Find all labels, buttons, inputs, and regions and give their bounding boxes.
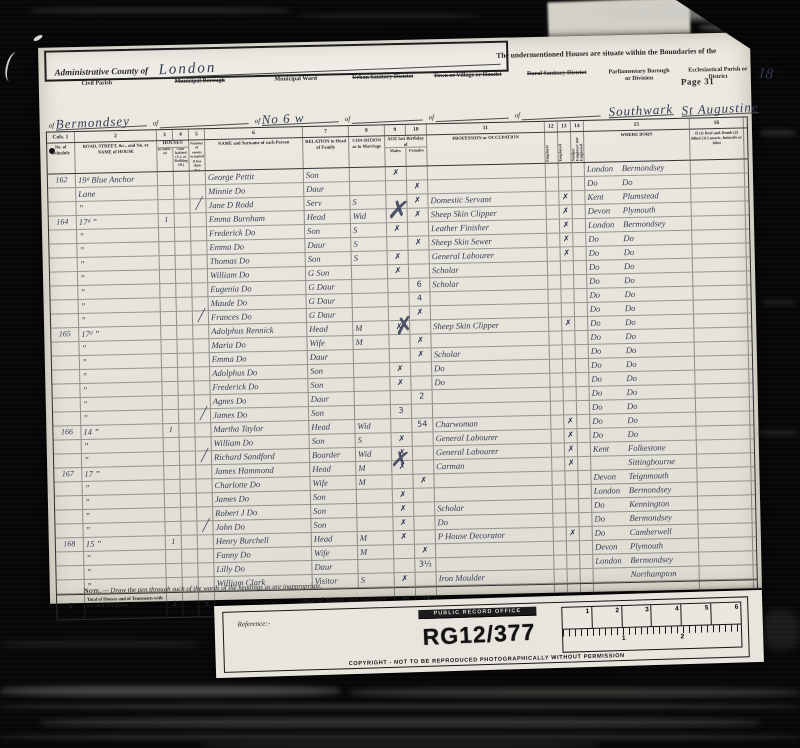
cell-age-male: ✗ <box>392 433 413 446</box>
cell-occupation <box>431 304 549 320</box>
cell-schedule: 166 <box>53 426 81 440</box>
cell-occupation <box>428 178 546 194</box>
cell-inhabited <box>158 172 174 185</box>
cell-inhabited <box>162 382 178 395</box>
cell-uninhabited <box>175 242 191 255</box>
cell-uninhabited <box>180 465 196 478</box>
cell-uninhabited <box>182 563 198 576</box>
cell-inhabited <box>161 326 177 339</box>
born-place: Kennington <box>629 498 669 509</box>
cell-employer-mark <box>547 205 560 218</box>
cell-name: Emma Do <box>210 351 308 366</box>
born-county <box>596 577 631 578</box>
cell-where-born: DoDo <box>588 329 694 344</box>
born-place: Do <box>626 345 637 355</box>
cell-schedule <box>54 440 82 454</box>
cell-employer-mark <box>547 219 560 232</box>
cell-condition <box>352 265 388 279</box>
cell-where-born: DoBermondsey <box>592 511 698 526</box>
cell-where-born: DoDo <box>590 385 696 400</box>
cell-neither-mark <box>579 499 592 512</box>
film-streak <box>0 640 200 648</box>
cell-employed-mark <box>562 331 575 344</box>
cell-employer-mark <box>548 275 561 288</box>
cell-condition <box>357 517 393 531</box>
district-value: St Augustine <box>681 101 759 117</box>
born-place: Do <box>625 303 636 313</box>
cell-where-born: DoDo <box>586 245 692 260</box>
header-neither: Neither Employer nor Employed <box>571 132 585 162</box>
cell-age-female: 3½ <box>415 558 436 571</box>
cell-employer-mark <box>548 261 561 274</box>
cell-age-male <box>394 559 415 572</box>
cell-uninhabited <box>175 214 191 227</box>
cell-uninhabited <box>178 354 194 367</box>
footnote-prefix: Note. <box>84 588 101 595</box>
cell-age-female <box>413 432 434 445</box>
header-uninhabited: Unin-habited (U.), or Building (B.) <box>173 148 188 171</box>
cell-where-born: DoDo <box>589 357 695 372</box>
cell-infirm <box>694 299 748 313</box>
cell-occupation: Sheep Skin Clipper <box>431 318 549 334</box>
born-county: Do <box>591 344 626 357</box>
cell-uninhabited <box>179 395 195 408</box>
cell-schedule <box>50 272 78 286</box>
clerk-cross-mark: ✗ <box>392 311 415 341</box>
cell-infirm <box>699 523 753 537</box>
cell-neither-mark <box>572 191 585 204</box>
born-county: Kent <box>587 190 622 203</box>
born-county: Do <box>588 232 623 245</box>
cell-uninhabited <box>181 507 197 520</box>
cell-age-female <box>415 530 436 543</box>
cell-relation: Son <box>308 378 354 392</box>
cell-employed-mark <box>567 541 580 554</box>
cell-condition: Wid <box>356 447 392 461</box>
cell-relation: Son <box>309 406 355 420</box>
film-streak <box>0 734 800 740</box>
cell-infirm <box>698 509 752 523</box>
cell-age-female <box>412 404 433 417</box>
cell-infirm <box>692 229 746 243</box>
cell-employed-mark <box>563 359 576 372</box>
district-label: Ecclesiastical Parish or District <box>678 66 757 82</box>
header-infirm: If (1) Deaf-and-Dumb (2) Blind (3) Lunat… <box>690 128 745 159</box>
born-county: Do <box>589 260 624 273</box>
film-streak <box>0 686 340 696</box>
district-label: Municipal Borough <box>152 77 248 86</box>
cell-neither-mark <box>574 275 587 288</box>
cell-age-female <box>414 488 435 501</box>
born-county: Devon <box>593 470 628 483</box>
cell-road: ” <box>83 494 165 509</box>
born-place: Do <box>623 233 634 243</box>
cell-occupation: Scholar <box>430 276 548 292</box>
cell-employer-mark <box>553 499 566 512</box>
cell-occupation <box>431 332 549 348</box>
film-streak <box>762 300 796 305</box>
cell-name: James Do <box>211 407 309 422</box>
cell-employed-mark <box>563 345 576 358</box>
cell-infirm <box>694 327 748 341</box>
cell-age-female <box>413 460 434 473</box>
cell-uninhabited <box>182 535 198 548</box>
cell-condition: M <box>358 531 394 545</box>
cell-neither-mark <box>575 317 588 330</box>
slip-border: Reference:- PUBLIC RECORD OFFICE RG12/37… <box>222 596 750 673</box>
district-cell: Town or Village or Hamlet of <box>425 70 512 122</box>
born-place: Do <box>626 373 637 383</box>
cell-road: ” <box>81 396 163 411</box>
cell-condition <box>350 181 386 195</box>
column-number: 3 <box>157 130 173 140</box>
header-name: NAME and Surname of each Person <box>205 138 304 170</box>
cell-inhabited <box>161 298 177 311</box>
cell-relation: G Daur <box>307 308 353 322</box>
born-place: Do <box>627 401 638 411</box>
cell-schedule <box>54 454 82 468</box>
copyright-line: COPYRIGHT - NOT TO BE REPRODUCED PHOTOGR… <box>225 649 749 671</box>
cell-inhabited <box>163 396 179 409</box>
born-county: Do <box>590 302 625 315</box>
cell-employed-mark <box>568 569 581 582</box>
cell-occupation: Charwoman <box>433 416 551 432</box>
district-cell: Municipal Borough of <box>149 75 252 127</box>
cell-age-female <box>414 516 435 529</box>
cell-neither-mark <box>576 373 589 386</box>
column-number: 14 <box>571 121 584 131</box>
cell-neither-mark <box>573 247 586 260</box>
cell-inhabited: 1 <box>159 214 175 227</box>
cell-condition: M <box>356 475 392 489</box>
cell-uninhabited <box>177 340 193 353</box>
cell-where-born: KentFolkestone <box>591 441 697 456</box>
cell-schedule <box>53 412 81 426</box>
cell-where-born: DoDo <box>588 301 694 316</box>
cell-condition: S <box>351 237 387 251</box>
cell-schedule: 165 <box>51 328 79 342</box>
born-place: Do <box>624 261 635 271</box>
district-cell: Municipal Ward of No 6 w <box>251 73 342 125</box>
cell-uninhabited <box>176 270 192 283</box>
cell-uninhabited <box>175 228 191 241</box>
film-streak <box>30 8 290 13</box>
header-occupation: PROFESSION or OCCUPATION <box>427 133 546 166</box>
film-streak <box>760 130 796 136</box>
column-number: 5 <box>189 129 205 139</box>
film-scratch-mark <box>3 51 24 83</box>
district-value: Southwark <box>608 103 673 118</box>
cell-employed-mark <box>561 289 574 302</box>
born-county: Do <box>588 246 623 259</box>
cell-employed-mark <box>567 555 580 568</box>
film-streak <box>0 704 800 709</box>
cell-age-female: 6 <box>409 278 430 291</box>
film-paper-edge <box>547 0 690 38</box>
header-condition: CON-DITION as to Marriage <box>349 136 386 167</box>
cell-employed-mark: ✗ <box>564 415 577 428</box>
cell-road: ” <box>79 312 161 327</box>
cell-uninhabited <box>174 186 190 199</box>
cell-employed-mark <box>563 373 576 386</box>
cell-where-born: DoDo <box>589 371 695 386</box>
cell-uninhabited <box>180 437 196 450</box>
header-age-title: AGE last Birthday of <box>385 135 426 147</box>
cell-employed-mark <box>561 275 574 288</box>
cell-name: Eugenia Do <box>208 281 306 296</box>
cell-age-male: ✗ <box>393 503 414 516</box>
cell-road: ” <box>78 256 160 271</box>
cell-road: ” <box>77 228 159 243</box>
cell-name: Maria Do <box>209 337 307 352</box>
cell-rooms-mark: / <box>203 519 209 534</box>
cell-where-born: LondonBermondsey <box>586 217 692 232</box>
clerk-cross-mark: ✗ <box>386 195 411 227</box>
total-houses: 5 <box>57 595 86 620</box>
header-inhabited: In-habit-ed <box>157 148 173 171</box>
cell-age-female: 2 <box>412 390 433 403</box>
public-record-office-stamp: PUBLIC RECORD OFFICE <box>418 607 536 619</box>
cell-age-female: 4 <box>409 292 430 305</box>
cell-name: James Hammond <box>212 463 310 478</box>
cell-age-male <box>390 349 411 362</box>
cell-employer-mark <box>550 359 563 372</box>
cell-name: Emma Do <box>207 239 305 254</box>
district-label: Rural Sanitary District <box>514 70 600 79</box>
cell-employer-mark <box>551 429 564 442</box>
cell-age-female <box>409 264 430 277</box>
cell-infirm <box>698 481 752 495</box>
cell-occupation: Do <box>435 514 553 530</box>
cell-employer-mark <box>553 513 566 526</box>
cell-infirm <box>695 355 749 369</box>
cell-occupation <box>436 542 554 558</box>
born-county: Devon <box>595 540 630 553</box>
cell-employer-mark <box>551 401 564 414</box>
cell-age-female: ✗ <box>411 348 432 361</box>
cell-condition <box>352 293 388 307</box>
cell-road: ” <box>83 508 165 523</box>
cell-condition <box>354 363 390 377</box>
district-value: Bermondsey <box>56 114 147 130</box>
cell-schedule <box>55 496 83 510</box>
cell-infirm <box>696 411 750 425</box>
born-place: Bermondsey <box>630 554 673 565</box>
cell-infirm <box>692 243 746 257</box>
column-number: 16 <box>690 117 744 128</box>
film-streak <box>350 688 800 697</box>
cell-where-born: DevonTeignmouth <box>591 469 697 484</box>
cell-age-female: ✗ <box>408 236 429 249</box>
cell-where-born: DoDo <box>585 175 691 190</box>
cell-relation: Daur <box>312 560 358 574</box>
cell-schedule: 162 <box>48 174 76 188</box>
cell-name: Martha Taylor <box>211 421 309 436</box>
cell-employer-mark <box>547 233 560 246</box>
cell-inhabited <box>164 452 180 465</box>
cell-where-born: DoKennington <box>592 497 698 512</box>
cell-employer-mark <box>551 415 564 428</box>
cell-employed-mark <box>566 513 579 526</box>
cell-neither-mark <box>572 163 585 176</box>
cell-employer-mark <box>546 177 559 190</box>
cell-uninhabited <box>178 382 194 395</box>
cell-inhabited <box>158 186 174 199</box>
born-place: Bermondsey <box>622 162 665 173</box>
cell-condition <box>355 391 391 405</box>
cell-inhabited <box>166 550 182 563</box>
column-number: 12 <box>545 122 558 132</box>
cell-uninhabited <box>178 368 194 381</box>
cell-age-female <box>407 166 428 179</box>
cell-neither-mark <box>574 289 587 302</box>
cell-road: ” <box>78 284 160 299</box>
cell-name: Richard Sandford <box>212 449 310 464</box>
cell-condition: S <box>352 251 388 265</box>
cell-age-male: ✗ <box>395 573 416 586</box>
cell-age-female <box>409 250 430 263</box>
district-entry-line: of Bermondsey <box>48 109 146 129</box>
cell-relation: Head <box>312 532 358 546</box>
cell-age-male <box>388 279 409 292</box>
ruler-number: 1 <box>562 607 592 629</box>
header-where-born: WHERE BORN <box>584 130 691 162</box>
born-place: Do <box>622 177 633 187</box>
cell-road: ” <box>82 452 164 467</box>
column-number: 13 <box>558 121 571 131</box>
film-streak <box>762 610 800 650</box>
district-entry-line: of <box>344 103 422 123</box>
cell-where-born: LondonBermondsey <box>585 161 691 176</box>
born-county: Do <box>589 288 624 301</box>
cell-age-female <box>416 572 437 585</box>
cell-age-female <box>411 362 432 375</box>
cell-road: ” <box>78 270 160 285</box>
district-of-prefix: of <box>255 117 261 125</box>
cell-rooms-mark: / <box>198 309 204 324</box>
cell-inhabited <box>161 340 177 353</box>
cell-road: ” <box>80 354 162 369</box>
cell-relation: Boarder <box>310 448 356 462</box>
cell-occupation: Do <box>432 374 550 390</box>
cell-infirm <box>692 215 746 229</box>
cell-uninhabited <box>174 172 190 185</box>
cell-infirm <box>695 369 749 383</box>
cell-name: George Pettit <box>206 169 304 184</box>
cell-inhabited <box>165 522 181 535</box>
cell-relation: Son <box>306 252 352 266</box>
born-place: Do <box>624 289 635 299</box>
cell-uninhabited <box>181 493 197 506</box>
born-county <box>593 465 628 466</box>
cell-uninhabited <box>179 423 195 436</box>
cell-infirm <box>698 495 752 509</box>
born-place: Bermondsey <box>623 218 666 229</box>
cell-condition <box>350 167 386 181</box>
reference-label: Reference:- <box>237 619 270 628</box>
cell-schedule <box>49 244 77 258</box>
district-cell: Parliamentary Borough or Division Southw… <box>603 66 677 118</box>
cell-neither-mark <box>578 443 591 456</box>
district-of-prefix: of <box>429 113 435 121</box>
cell-condition: Wid <box>351 209 387 223</box>
cell-age-male <box>392 475 413 488</box>
district-label: Civil Parish <box>48 79 146 88</box>
cell-uninhabited <box>179 409 195 422</box>
cell-employed-mark <box>561 261 574 274</box>
film-streak <box>40 718 760 727</box>
cell-relation: Wife <box>312 546 358 560</box>
cell-employed-mark <box>559 163 572 176</box>
cell-infirm <box>691 187 745 201</box>
cell-employer-mark <box>552 443 565 456</box>
film-streak <box>758 430 798 436</box>
cell-relation: Serv <box>304 196 350 210</box>
cell-relation: Head <box>309 420 355 434</box>
born-county: Do <box>594 498 629 511</box>
district-entry-line: St Augustine <box>679 96 758 116</box>
film-frame-number: 18 <box>757 65 774 83</box>
cell-age-male <box>394 545 415 558</box>
born-county: Do <box>590 316 625 329</box>
cell-condition: M <box>353 321 389 335</box>
born-place: Do <box>627 429 638 439</box>
cell-where-born: DoDo <box>587 259 693 274</box>
cell-age-male: ✗ <box>390 377 411 390</box>
cell-where-born: DoDo <box>590 413 696 428</box>
cell-age-male <box>391 419 412 432</box>
born-place: Plymouth <box>623 204 656 215</box>
cell-road: ” <box>76 200 158 215</box>
cell-inhabited <box>164 466 180 479</box>
cell-relation: Son <box>311 518 357 532</box>
cell-employer-mark <box>549 303 562 316</box>
cell-inhabited <box>164 438 180 451</box>
district-of-prefix: of <box>49 121 55 129</box>
cell-inhabited <box>160 270 176 283</box>
cell-neither-mark <box>577 401 590 414</box>
cell-name: Robert J Do <box>213 505 311 520</box>
born-county: London <box>595 554 630 567</box>
district-cell: Urban Sanitary District of <box>341 71 426 123</box>
cell-condition <box>355 405 391 419</box>
cell-schedule <box>55 482 83 496</box>
cell-employed-mark: ✗ <box>560 233 573 246</box>
cell-condition <box>354 377 390 391</box>
born-county: Do <box>592 428 627 441</box>
cell-inhabited <box>165 508 181 521</box>
born-place: Do <box>624 247 635 257</box>
cell-name: Jane D Rodd <box>206 197 304 212</box>
cell-where-born: DoDo <box>586 231 692 246</box>
cell-occupation: Scholar <box>432 346 550 362</box>
cell-neither-mark <box>580 555 593 568</box>
cell-condition: S <box>350 195 386 209</box>
cell-uninhabited <box>177 298 193 311</box>
cell-name: Fanny Do <box>214 547 312 562</box>
cell-schedule: 164 <box>49 216 77 230</box>
cell-condition: S <box>351 223 387 237</box>
cell-relation: G Daur <box>306 294 352 308</box>
cell-age-female: ✗ <box>407 180 428 193</box>
cell-infirm <box>696 397 750 411</box>
cell-employer-mark <box>552 457 565 470</box>
cell-inhabited <box>160 256 176 269</box>
cell-occupation: Leather Finisher <box>429 220 547 236</box>
cell-infirm <box>697 453 751 467</box>
header-relation: RELATION to Head of Family <box>303 137 350 168</box>
cell-condition <box>357 489 393 503</box>
